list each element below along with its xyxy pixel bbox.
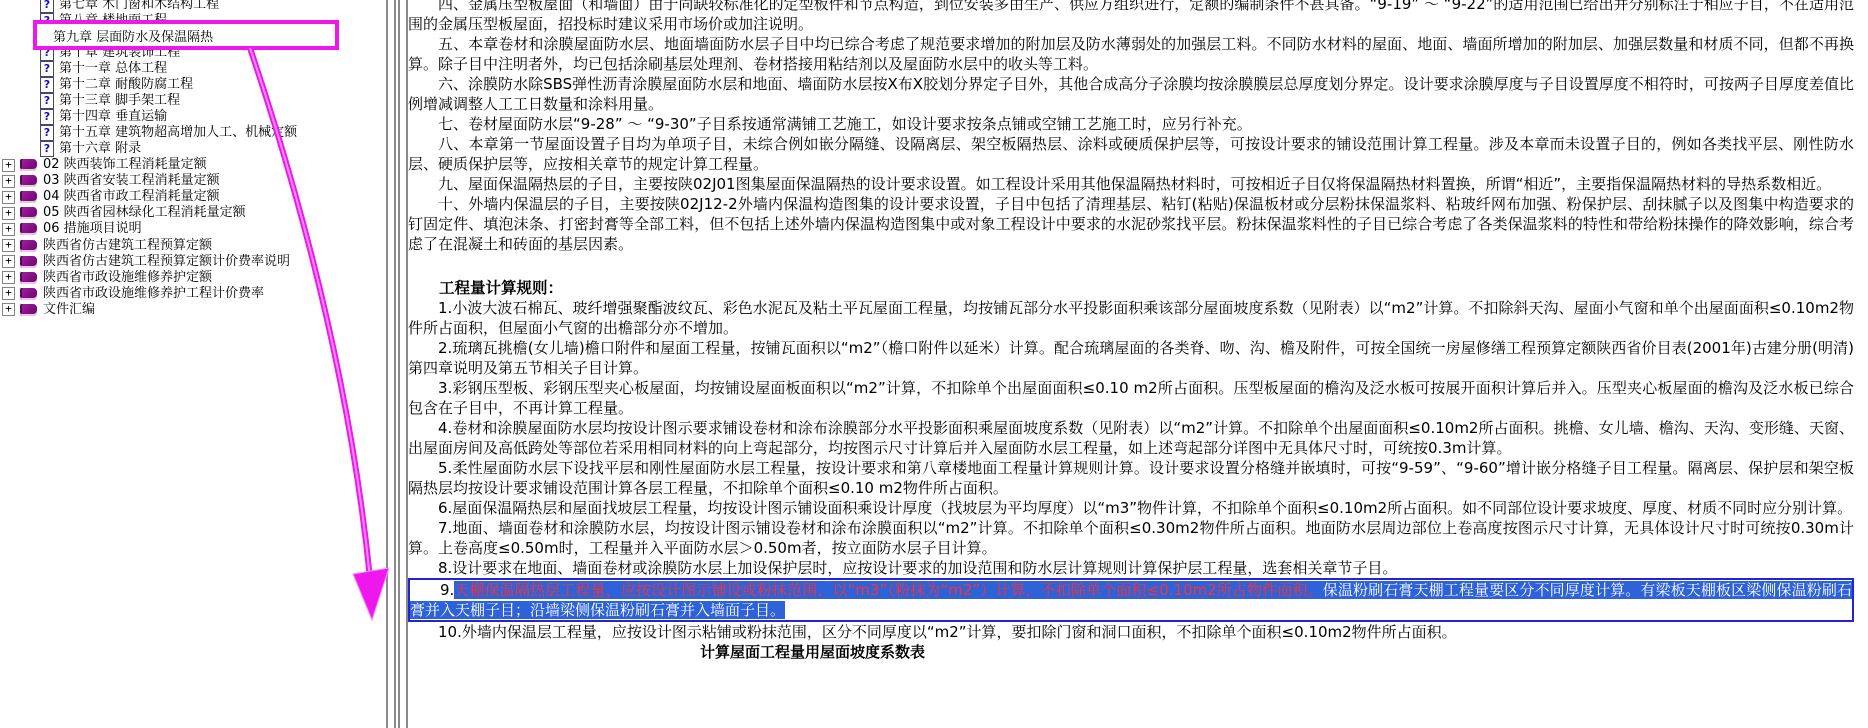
document-content: 四、金属压型板屋面（和墙面）由于尚缺较标准化的定型板件和节点构造，到位安装多由生… <box>408 0 1854 662</box>
expand-plus-icon[interactable]: + <box>2 303 15 316</box>
note-paragraph: 七、卷材屋面防水层“9-28” ～ “9-30”子目系按通常满铺工艺施工，如设计… <box>408 114 1854 134</box>
expand-plus-icon[interactable]: + <box>2 223 15 236</box>
sidebar-item-label: 第十四章 垂直运输 <box>59 109 167 125</box>
expand-plus-icon[interactable]: + <box>2 207 15 220</box>
sidebar-item-label: 第十一章 总体工程 <box>59 61 167 77</box>
help-topic-icon: ? <box>40 141 54 157</box>
rules-section: 1.小波大波石棉瓦、玻纤增强聚酯波纹瓦、彩色水泥瓦及粘土平瓦屋面工程量，均按铺瓦… <box>408 298 1854 578</box>
book-icon <box>20 159 37 171</box>
sidebar-item-label: 陕西省仿古建筑工程预算定额计价费率说明 <box>43 254 290 270</box>
book-icon <box>20 223 37 235</box>
sidebar-item-book[interactable]: + 03 陕西省安装工程消耗量定额 <box>0 173 220 189</box>
sidebar-item-label: 陕西省市政设施维修养护定额 <box>43 270 212 286</box>
help-topic-icon: ? <box>40 0 54 13</box>
help-topic-icon: ? <box>40 93 54 109</box>
sidebar-item-label: 第七章 木门窗和木结构工程 <box>59 0 219 13</box>
sidebar-item-book[interactable]: + 陕西省市政设施维修养护工程计价费率 <box>0 286 264 302</box>
sidebar-item-book[interactable]: + 05 陕西省园林绿化工程消耗量定额 <box>0 205 246 221</box>
rules-section-after: 10.外墙内保温层工程量，应按设计图示粘铺或粉抹范围，区分不同厚度以“m2”计算… <box>408 622 1854 642</box>
selected-chapter-label[interactable]: 第九章 层面防水及保温隔热 <box>53 26 213 45</box>
sidebar-item-label: 文件汇编 <box>43 302 95 318</box>
sidebar-item-book[interactable]: + 陕西省仿古建筑工程预算定额计价费率说明 <box>0 254 290 270</box>
note-paragraph: 五、本章卷材和涂膜屋面防水层、地面墙面防水层子目中均已综合考虑了规范要求增加的附… <box>408 34 1854 74</box>
expand-plus-icon[interactable]: + <box>2 239 15 252</box>
sidebar-item-chapter[interactable]: ? 第十五章 建筑物超高增加人工、机械定额 <box>0 125 297 141</box>
sidebar-item-chapter[interactable]: ? 第十四章 垂直运输 <box>0 109 167 125</box>
pane-splitter[interactable] <box>386 0 396 728</box>
notes-section: 四、金属压型板屋面（和墙面）由于尚缺较标准化的定型板件和节点构造，到位安装多由生… <box>408 0 1854 254</box>
sidebar-item-label: 04 陕西省市政工程消耗量定额 <box>43 189 220 205</box>
book-icon <box>20 240 37 252</box>
sidebar-item-book[interactable]: + 陕西省市政设施维修养护定额 <box>0 270 212 286</box>
sidebar-item-book[interactable]: + 02 陕西装饰工程消耗量定额 <box>0 157 207 173</box>
note-paragraph: 九、屋面保温隔热层的子目，主要按陕02J01图集屋面保温隔热的设计要求设置。如工… <box>408 174 1854 194</box>
chm-viewer-window: ? 第七章 木门窗和木结构工程 ? 第八章 楼地面工程 ? 第九章 层面防水及保… <box>0 0 1868 728</box>
rule-paragraph: 1.小波大波石棉瓦、玻纤增强聚酯波纹瓦、彩色水泥瓦及粘土平瓦屋面工程量，均按铺瓦… <box>408 298 1854 338</box>
sidebar-item-label: 05 陕西省园林绿化工程消耗量定额 <box>43 205 246 221</box>
help-topic-icon: ? <box>40 61 54 77</box>
sidebar-item-chapter[interactable]: ? 第十三章 脚手架工程 <box>0 93 180 109</box>
book-icon <box>20 191 37 203</box>
rule-paragraph: 5.柔性屋面防水层下设找平层和刚性屋面防水层工程量，按设计要求和第八章楼地面工程… <box>408 458 1854 498</box>
pane-splitter[interactable] <box>398 0 408 728</box>
expand-plus-icon[interactable]: + <box>2 159 15 172</box>
book-icon <box>20 304 37 316</box>
expand-plus-icon[interactable]: + <box>2 175 15 188</box>
sidebar-item-label: 06 措施项目说明 <box>43 221 142 237</box>
rule-paragraph: 10.外墙内保温层工程量，应按设计图示粘铺或粉抹范围，区分不同厚度以“m2”计算… <box>408 622 1854 642</box>
rule-paragraph: 7.地面、墙面卷材和涂膜防水层，均按设计图示铺设卷材和涂布涂膜面积以“m2”计算… <box>408 518 1854 558</box>
rules-heading: 工程量计算规则： <box>408 278 1854 298</box>
rule-paragraph: 6.屋面保温隔热层和屋面找坡层工程量，均按设计图示铺设面积乘设计厚度（找坡层为平… <box>408 498 1854 518</box>
sidebar-item-label: 陕西省市政设施维修养护工程计价费率 <box>43 286 264 302</box>
help-topic-icon: ? <box>40 109 54 125</box>
sidebar-item-label: 03 陕西省安装工程消耗量定额 <box>43 173 220 189</box>
sidebar-item-label: 02 陕西装饰工程消耗量定额 <box>43 157 207 173</box>
sidebar-item-label: 第十三章 脚手架工程 <box>59 93 180 109</box>
sidebar-item-chapter[interactable]: ? 第七章 木门窗和木结构工程 <box>0 0 219 13</box>
book-icon <box>20 288 37 300</box>
book-icon <box>20 207 37 219</box>
rule-paragraph: 8.设计要求在地面、墙面卷材或涂膜防水层上加设保护层时，应按设计要求的加设范围和… <box>408 558 1854 578</box>
sidebar-item-chapter[interactable]: ? 第十六章 附录 <box>0 141 141 157</box>
rule-paragraph: 3.彩钢压型板、彩钢压型夹心板屋面，均按铺设屋面板面积以“m2”计算，不扣除单个… <box>408 378 1854 418</box>
toc-tree[interactable]: ? 第七章 木门窗和木结构工程 ? 第八章 楼地面工程 ? 第九章 层面防水及保… <box>0 0 348 728</box>
book-icon <box>20 256 37 268</box>
rule9-number: 9. <box>440 581 454 599</box>
note-paragraph: 四、金属压型板屋面（和墙面）由于尚缺较标准化的定型板件和节点构造，到位安装多由生… <box>408 0 1854 34</box>
note-paragraph: 八、本章第一节屋面设置子目均为单项子目，未综合例如嵌分隔缝、设隔离层、架空板隔热… <box>408 134 1854 174</box>
help-topic-icon: ? <box>40 77 54 93</box>
sidebar-item-chapter[interactable]: ? 第十二章 耐酸防腐工程 <box>0 77 193 93</box>
expand-plus-icon[interactable]: + <box>2 191 15 204</box>
note-paragraph: 十、外墙内保温层的子目，主要按陕02J12-2外墙内保温构造图集的设计要求设置，… <box>408 194 1854 254</box>
expand-plus-icon[interactable]: + <box>2 271 15 284</box>
rule9-highlighted-paragraph[interactable]: 9.天棚保温隔热层工程量，应按设计图示铺设或粉抹范围，以“m3”（粉抹为“m2”… <box>408 578 1854 622</box>
rule-paragraph: 4.卷材和涂膜屋面防水层均按设计图示要求铺设卷材和涂布涂膜部分水平投影面积乘屋面… <box>408 418 1854 458</box>
sidebar-item-book[interactable]: + 文件汇编 <box>0 302 95 318</box>
sidebar-item-label: 第十五章 建筑物超高增加人工、机械定额 <box>59 125 297 141</box>
expand-plus-icon[interactable]: + <box>2 255 15 268</box>
sidebar-item-label: 第十六章 附录 <box>59 141 141 157</box>
sidebar-item-book[interactable]: + 06 措施项目说明 <box>0 221 142 237</box>
sidebar-item-chapter[interactable]: ? 第十一章 总体工程 <box>0 61 167 77</box>
note-paragraph: 六、涂膜防水除SBS弹性沥青涂膜屋面防水层和地面、墙面防水层按X布X胶划分界定子… <box>408 74 1854 114</box>
rule9-selected-red-text: 天棚保温隔热层工程量，应按设计图示铺设或粉抹范围，以“m3”（粉抹为“m2”）计… <box>454 581 1322 599</box>
help-topic-icon: ? <box>40 125 54 141</box>
document-pane[interactable]: 四、金属压型板屋面（和墙面）由于尚缺较标准化的定型板件和节点构造，到位安装多由生… <box>408 0 1854 728</box>
expand-plus-icon[interactable]: + <box>2 287 15 300</box>
annotation-highlight-box: 第九章 层面防水及保温隔热 <box>33 20 339 50</box>
sidebar-item-book[interactable]: + 陕西省仿古建筑工程预算定额 <box>0 238 212 254</box>
sidebar-item-book[interactable]: + 04 陕西省市政工程消耗量定额 <box>0 189 220 205</box>
rule-paragraph: 2.琉璃瓦挑檐(女儿墙)檐口附件和屋面工程量，按铺瓦面积以“m2”（檐口附件以延… <box>408 338 1854 378</box>
sidebar-item-label: 陕西省仿古建筑工程预算定额 <box>43 238 212 254</box>
sidebar-item-label: 第十二章 耐酸防腐工程 <box>59 77 193 93</box>
book-icon <box>20 175 37 187</box>
slope-table-title: 计算屋面工程量用屋面坡度系数表 <box>408 642 1854 662</box>
book-icon <box>20 272 37 284</box>
